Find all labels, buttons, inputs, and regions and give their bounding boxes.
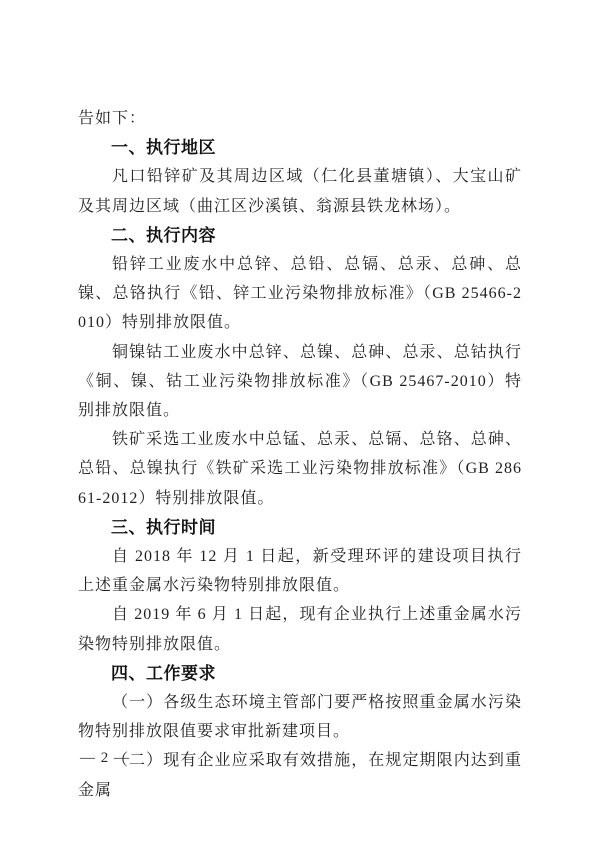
paragraph: （二）现有企业应采取有效措施，在规定期限内达到重金属	[78, 746, 522, 804]
paragraph: 铁矿采选工业废水中总锰、总汞、总镉、总铬、总砷、总铅、总镍执行《铁矿采选工业污染…	[78, 425, 522, 513]
paragraph: 凡口铅锌矿及其周边区域（仁化县董塘镇）、大宝山矿及其周边区域（曲江区沙溪镇、翁源…	[78, 162, 522, 220]
page-number: — 2 —	[80, 748, 130, 768]
document-page: 告如下：一、执行地区凡口铅锌矿及其周边区域（仁化县董塘镇）、大宝山矿及其周边区域…	[0, 0, 595, 841]
paragraph: 自 2018 年 12 月 1 日起，新受理环评的建设项目执行上述重金属水污染物…	[78, 542, 522, 600]
paragraph: 铜镍钴工业废水中总锌、总镍、总砷、总汞、总钴执行《铜、镍、钴工业污染物排放标准》…	[78, 338, 522, 426]
section-heading: 三、执行时间	[78, 513, 522, 542]
paragraph: 铅锌工业废水中总锌、总铅、总镉、总汞、总砷、总镍、总铬执行《铅、锌工业污染物排放…	[78, 250, 522, 338]
paragraph: 告如下：	[78, 104, 522, 133]
section-heading: 四、工作要求	[78, 659, 522, 688]
section-heading: 二、执行内容	[78, 221, 522, 250]
paragraph: （一）各级生态环境主管部门要严格按照重金属水污染物特别排放限值要求审批新建项目。	[78, 688, 522, 746]
section-heading: 一、执行地区	[78, 133, 522, 162]
document-body: 告如下：一、执行地区凡口铅锌矿及其周边区域（仁化县董塘镇）、大宝山矿及其周边区域…	[78, 104, 522, 805]
paragraph: 自 2019 年 6 月 1 日起，现有企业执行上述重金属水污染物特别排放限值。	[78, 600, 522, 658]
